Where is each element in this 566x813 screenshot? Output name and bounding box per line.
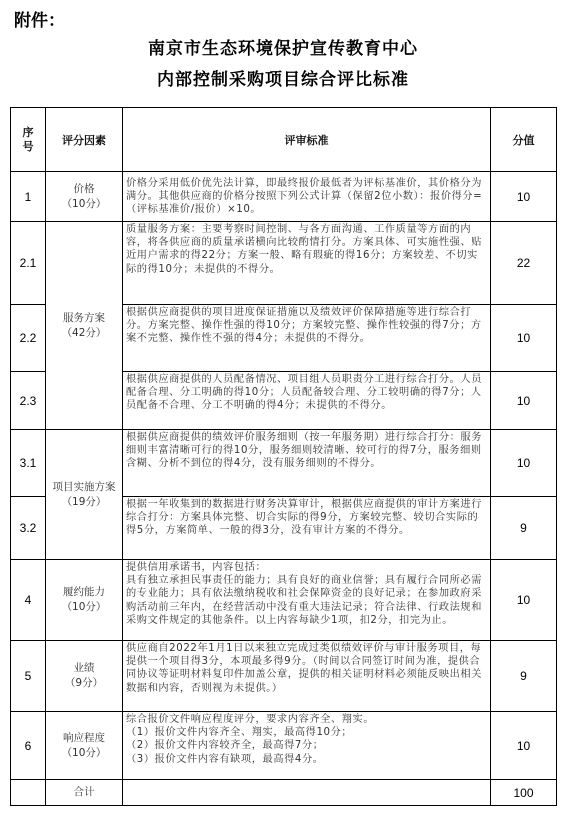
score-value: 22 [491,222,557,305]
column-header-criteria: 评审标准 [123,108,491,172]
factor-text: 项目实施方案（19分） [53,481,116,508]
criteria-text: 综合报价文件响应程度评分，要求内容齐全、翔实。 （1）报价文件内容齐全、翔实，最… [123,712,491,780]
total-label: 合计 [46,780,123,806]
column-header-factor: 评分因素 [46,108,123,172]
scoring-factor: 服务方案 （42分） [46,222,123,430]
table-header-row: 序号 评分因素 评审标准 分值 [11,108,557,172]
table-row: 1 价格 （10分） 价格分采用低价优先法计算，即最终报价最低者为评标基准价，其… [11,172,557,222]
table-row: 6 响应程度 （10分） 综合报价文件响应程度评分，要求内容齐全、翔实。 （1）… [11,712,557,780]
factor-text: 响应程度 （10分） [62,732,107,759]
row-number: 5 [11,641,46,712]
column-header-no-text: 序号 [22,126,34,154]
criteria-text: 供应商自2022年1月1日以来独立完成过类似绩效评价与审计服务项目，每提供一个项… [123,641,491,712]
total-score: 100 [491,780,557,806]
score-value: 10 [491,305,557,372]
table-row: 5 业绩 （9分） 供应商自2022年1月1日以来独立完成过类似绩效评价与审计服… [11,641,557,712]
criteria-text: 根据一年收集到的数据进行财务决算审计，根据供应商提供的审计方案进行综合打分：方案… [123,497,491,560]
evaluation-criteria-table: 序号 评分因素 评审标准 分值 1 价格 （10分） 价格分采用低价优先法计算，… [10,107,557,806]
score-value: 10 [491,712,557,780]
column-header-no: 序号 [11,108,46,172]
scoring-factor: 响应程度 （10分） [46,712,123,780]
criteria-text: 根据供应商提供的项目进度保证措施以及绩效评价保障措施等进行综合打分。方案完整、操… [123,305,491,372]
row-number: 2.3 [11,372,46,430]
row-number: 1 [11,172,46,222]
criteria-text: 提供信用承诺书，内容包括： 具有独立承担民事责任的能力；具有良好的商业信誉；具有… [123,560,491,641]
column-header-score: 分值 [491,108,557,172]
score-value: 9 [491,641,557,712]
criteria-text: 根据供应商提供的绩效评价服务细则（按一年服务期）进行综合打分：服务细则丰富清晰可… [123,430,491,497]
table-row: 3.1 项目实施方案（19分） 根据供应商提供的绩效评价服务细则（按一年服务期）… [11,430,557,497]
row-number: 6 [11,712,46,780]
score-value: 9 [491,497,557,560]
row-number: 3.2 [11,497,46,560]
table-row: 2.1 服务方案 （42分） 质量服务方案：主要考察时间控制、与各方面沟通、工作… [11,222,557,305]
total-row: 合计 100 [11,780,557,806]
row-number: 4 [11,560,46,641]
scoring-factor: 项目实施方案（19分） [46,430,123,560]
criteria-text: 质量服务方案：主要考察时间控制、与各方面沟通、工作质量等方面的内容，将各供应商的… [123,222,491,305]
criteria-text: 价格分采用低价优先法计算，即最终报价最低者为评标基准价，其价格分为满分。其他供应… [123,172,491,222]
attachment-label: 附件： [14,6,65,31]
score-value: 10 [491,172,557,222]
row-number: 2.2 [11,305,46,372]
scoring-factor: 业绩 （9分） [46,641,123,712]
factor-text: 履约能力 （10分） [62,586,107,613]
factor-text: 服务方案 （42分） [62,312,107,339]
table-row: 4 履约能力 （10分） 提供信用承诺书，内容包括： 具有独立承担民事责任的能力… [11,560,557,641]
factor-text: 价格 （10分） [62,183,107,210]
total-empty-cell [11,780,46,806]
scoring-factor: 履约能力 （10分） [46,560,123,641]
row-number: 3.1 [11,430,46,497]
document-title-line1: 南京市生态环境保护宣传教育中心 [0,34,566,59]
total-empty-criteria [123,780,491,806]
criteria-text: 根据供应商提供的人员配备情况、项目组人员职责分工进行综合打分。人员配备合理、分工… [123,372,491,430]
score-value: 10 [491,560,557,641]
scoring-factor: 价格 （10分） [46,172,123,222]
document-title-line2: 内部控制采购项目综合评比标准 [0,65,566,90]
factor-text: 业绩 （9分） [65,662,103,689]
score-value: 10 [491,372,557,430]
score-value: 10 [491,430,557,497]
row-number: 2.1 [11,222,46,305]
